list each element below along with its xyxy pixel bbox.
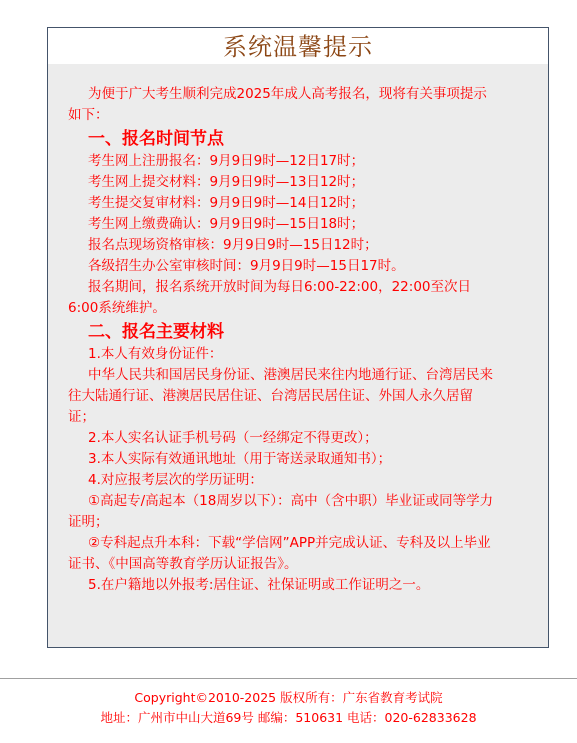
material-item: 5.在户籍地以外报考:居住证、社保证明或工作证明之一。	[68, 575, 498, 596]
material-item: 中华人民共和国居民身份证、港澳居民来往内地通行证、台湾居民来往大陆通行证、港澳居…	[68, 365, 498, 428]
intro-text: 为便于广大考生顺利完成2025年成人高考报名，现将有关事项提示如下：	[68, 84, 498, 126]
schedule-item: 考生提交复审材料：9月9日9时—14日12时；	[68, 193, 498, 214]
section2-heading: 二、报名主要材料	[68, 320, 498, 344]
material-item: 4.对应报考层次的学历证明：	[68, 470, 498, 491]
material-item: ②专科起点升本科：下载“学信网”APP并完成认证、专科及以上毕业证书、《中国高等…	[68, 533, 498, 575]
footer-address: 地址：广州市中山大道69号 邮编：510631 电话：020-62833628	[0, 708, 577, 728]
material-item: 1.本人有效身份证件：	[68, 344, 498, 365]
notice-body: 为便于广大考生顺利完成2025年成人高考报名，现将有关事项提示如下： 一、报名时…	[48, 64, 548, 596]
notice-title: 系统温馨提示	[48, 28, 548, 64]
notice-box: 系统温馨提示 为便于广大考生顺利完成2025年成人高考报名，现将有关事项提示如下…	[47, 27, 549, 648]
schedule-item: 考生网上提交材料：9月9日9时—13日12时；	[68, 172, 498, 193]
schedule-item: 考生网上注册报名：9月9日9时—12日17时；	[68, 151, 498, 172]
maintenance-note: 报名期间，报名系统开放时间为每日6:00-22:00，22:00至次日6:00系…	[68, 277, 498, 319]
schedule-item: 各级招生办公室审核时间：9月9日9时—15日17时。	[68, 256, 498, 277]
footer-divider	[0, 678, 577, 679]
material-item: 2.本人实名认证手机号码（一经绑定不得更改）；	[68, 428, 498, 449]
material-item: 3.本人实际有效通讯地址（用于寄送录取通知书）；	[68, 449, 498, 470]
material-item: ①高起专/高起本（18周岁以下）：高中（含中职）毕业证或同等学力证明；	[68, 491, 498, 533]
schedule-item: 考生网上缴费确认：9月9日9时—15日18时；	[68, 214, 498, 235]
footer-copyright: Copyright©2010-2025 版权所有：广东省教育考试院	[0, 688, 577, 708]
footer: Copyright©2010-2025 版权所有：广东省教育考试院 地址：广州市…	[0, 688, 577, 728]
section1-heading: 一、报名时间节点	[68, 127, 498, 151]
schedule-item: 报名点现场资格审核：9月9日9时—15日12时；	[68, 235, 498, 256]
